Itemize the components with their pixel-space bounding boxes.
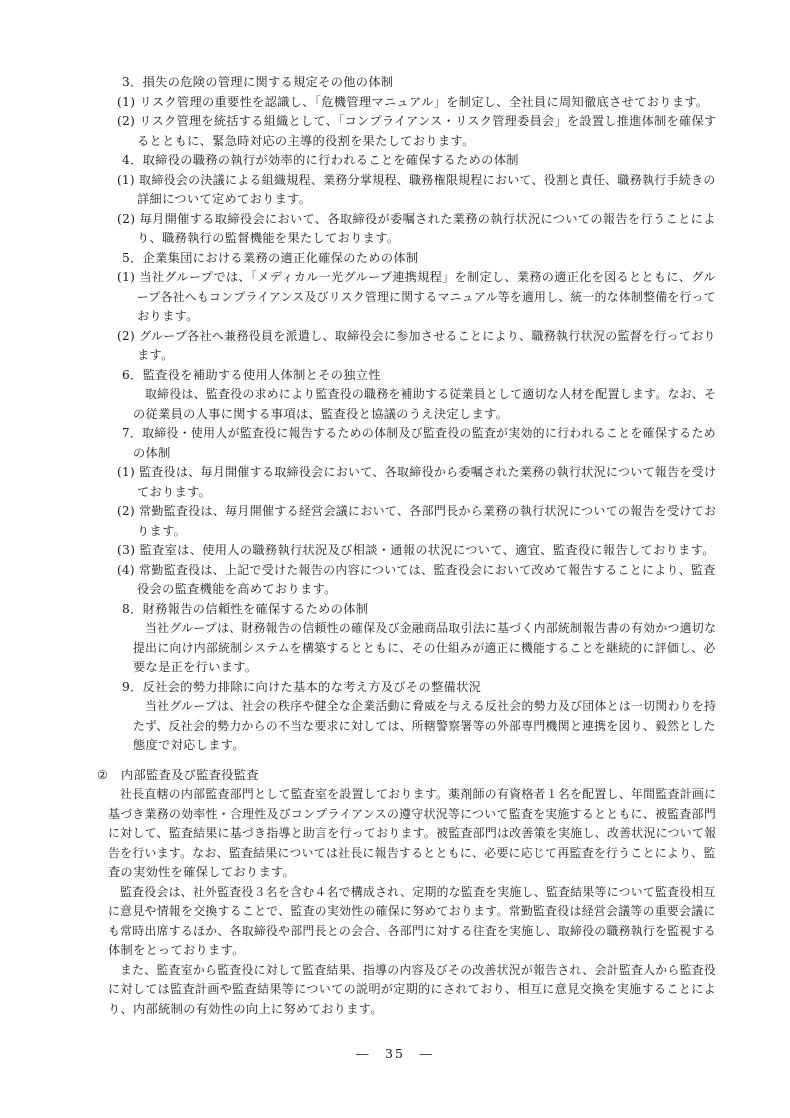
- section-5-item-1-cont2: おります。: [137, 308, 199, 324]
- audit-paragraph-2-line: も常時出席するほか、各取締役や部門長との会合、各部門に対する往査を実施し、取締役…: [108, 923, 716, 939]
- audit-paragraph-3-line: り、内部統制の有効性の向上に努めております。: [108, 1001, 383, 1017]
- section-7-item-1-cont: ております。: [137, 484, 211, 500]
- section-3-item-2-cont: るとともに、緊急時対応の主導的役割を果たしております。: [137, 133, 475, 149]
- section-8-paragraph-line: 要な是正を行います。: [133, 659, 257, 675]
- section-4-item-2-cont: り、職務執行の監督機能を果たしております。: [137, 230, 399, 246]
- section-7-item-1: (1) 監査役は、毎月開催する取締役会において、各取締役から委嘱された業務の執行…: [117, 464, 716, 480]
- audit-paragraph-1-line: に対して、監査結果に基づき指導と助言を行っております。被監査部門は改善策を実施し…: [108, 825, 716, 841]
- section-7-heading: 7．取締役・使用人が監査役に報告するための体制及び監査役の監査が実効的に行われる…: [122, 425, 716, 441]
- section-7-item-4: (4) 常勤監査役は、上記で受けた報告の内容については、監査役会において改めて報…: [117, 562, 716, 578]
- audit-paragraph-1-line: 査の実効性を確保しております。: [108, 864, 295, 880]
- section-9-paragraph-line: たず、反社会的勢力からの不当な要求に対しては、所轄警察署等の外部専門機関と連携を…: [133, 718, 716, 734]
- audit-paragraph-3-line: に対しては監査計画や監査結果等についての説明が定期的にされており、相互に意見交換…: [108, 981, 716, 997]
- section-6-paragraph-line: の従業員の人事に関する事項は、監査役と協議のうえ決定します。: [133, 406, 508, 422]
- section-5-item-1: (1) 当社グループでは、「メディカル一光グループ連携規程」を制定し、業務の適正…: [117, 269, 716, 285]
- audit-section-title: 内部監査及び監査役監査: [121, 767, 259, 783]
- section-8-paragraph-line: 当社グループは、財務報告の信頼性の確保及び金融商品取引法に基づく内部統制報告書の…: [145, 620, 716, 636]
- section-7-item-3: (3) 監査室は、使用人の職務執行状況及び相談・通報の状況について、適宜、監査役…: [117, 542, 715, 558]
- section-7-item-2: (2) 常勤監査役は、毎月開催する経営会議において、各部門長から業務の執行状況に…: [117, 503, 716, 519]
- section-5-item-1-cont: ープ各社へもコンプライアンス及びリスク管理に関するマニュアル等を適用し、統一的な…: [137, 289, 716, 305]
- audit-paragraph-1-line: 告を行います。なお、監査結果については社長に報告するとともに、必要に応じて再監査…: [108, 845, 716, 861]
- section-7-item-2-cont: ります。: [137, 523, 186, 539]
- audit-paragraph-1-line: 社長直轄の内部監査部門として監査室を設置しております。薬剤師の有資格者１名を配置…: [120, 786, 716, 802]
- section-3-item-1: (1) リスク管理の重要性を認識し、「危機管理マニュアル」を制定し、全社員に周知…: [117, 94, 708, 110]
- section-8-paragraph-line: 提出に向け内部統制システムを構築するとともに、その仕組みが適正に機能することを継…: [133, 640, 716, 656]
- section-7-heading-cont: の体制: [133, 445, 171, 461]
- section-9-paragraph-line: 当社グループは、社会の秩序や健全な企業活動に脅威を与える反社会的勢力及び団体とは…: [145, 698, 716, 714]
- section-4-item-2: (2) 毎月開催する取締役会において、各取締役が委嘱された業務の執行状況について…: [117, 211, 716, 227]
- section-8-heading: 8．財務報告の信頼性を確保するための体制: [122, 601, 368, 617]
- section-6-heading: 6．監査役を補助する使用人体制とその独立性: [122, 367, 381, 383]
- audit-paragraph-1-line: 基づき業務の効率性・合理性及びコンプライアンスの遵守状況等について監査を実施する…: [108, 806, 716, 822]
- page-number: ― 35 ―: [0, 1044, 790, 1062]
- section-7-item-4-cont: 役会の監査機能を高めております。: [137, 581, 337, 597]
- audit-section-marker: ②: [97, 767, 108, 783]
- section-6-paragraph-line: 取締役は、監査役の求めにより監査役の職務を補助する従業員として適切な人材を配置し…: [145, 386, 716, 402]
- section-3-item-2: (2) リスク管理を統括する組織として、「コンプライアンス・リスク管理委員会」を…: [117, 113, 716, 129]
- section-3-heading: 3．損失の危険の管理に関する規定その他の体制: [122, 74, 393, 90]
- audit-paragraph-2-line: 体制をとっております。: [108, 942, 245, 958]
- section-5-heading: 5．企業集団における業務の適正化確保のための体制: [122, 250, 418, 266]
- section-4-heading: 4．取締役の職務の執行が効率的に行われることを確保するための体制: [122, 152, 519, 168]
- section-4-item-1: (1) 取締役会の決議による組織規程、業務分掌規程、職務権限規程において、役割と…: [117, 172, 716, 188]
- audit-paragraph-2-line: 監査役会は、社外監査役３名を含む４名で構成され、定期的な監査を実施し、監査結果等…: [120, 884, 716, 900]
- section-9-paragraph-line: 態度で対応します。: [133, 737, 245, 753]
- section-5-item-2-cont: ます。: [137, 347, 174, 363]
- audit-paragraph-2-line: に意見や情報を交換することで、監査の実効性の確保に努めております。常勤監査役は経…: [108, 903, 716, 919]
- audit-paragraph-3-line: また、監査室から監査役に対して監査結果、指導の内容及びその改善状況が報告され、会…: [120, 962, 716, 978]
- document-page: 3．損失の危険の管理に関する規定その他の体制 (1) リスク管理の重要性を認識し…: [0, 0, 790, 1118]
- section-4-item-1-cont: 詳細について定めております。: [137, 191, 311, 207]
- section-5-item-2: (2) グループ各社へ兼務役員を派遣し、取締役会に参加させることにより、職務執行…: [117, 328, 716, 344]
- section-9-heading: 9．反社会的勢力排除に向けた基本的な考え方及びその整備状況: [122, 679, 481, 695]
